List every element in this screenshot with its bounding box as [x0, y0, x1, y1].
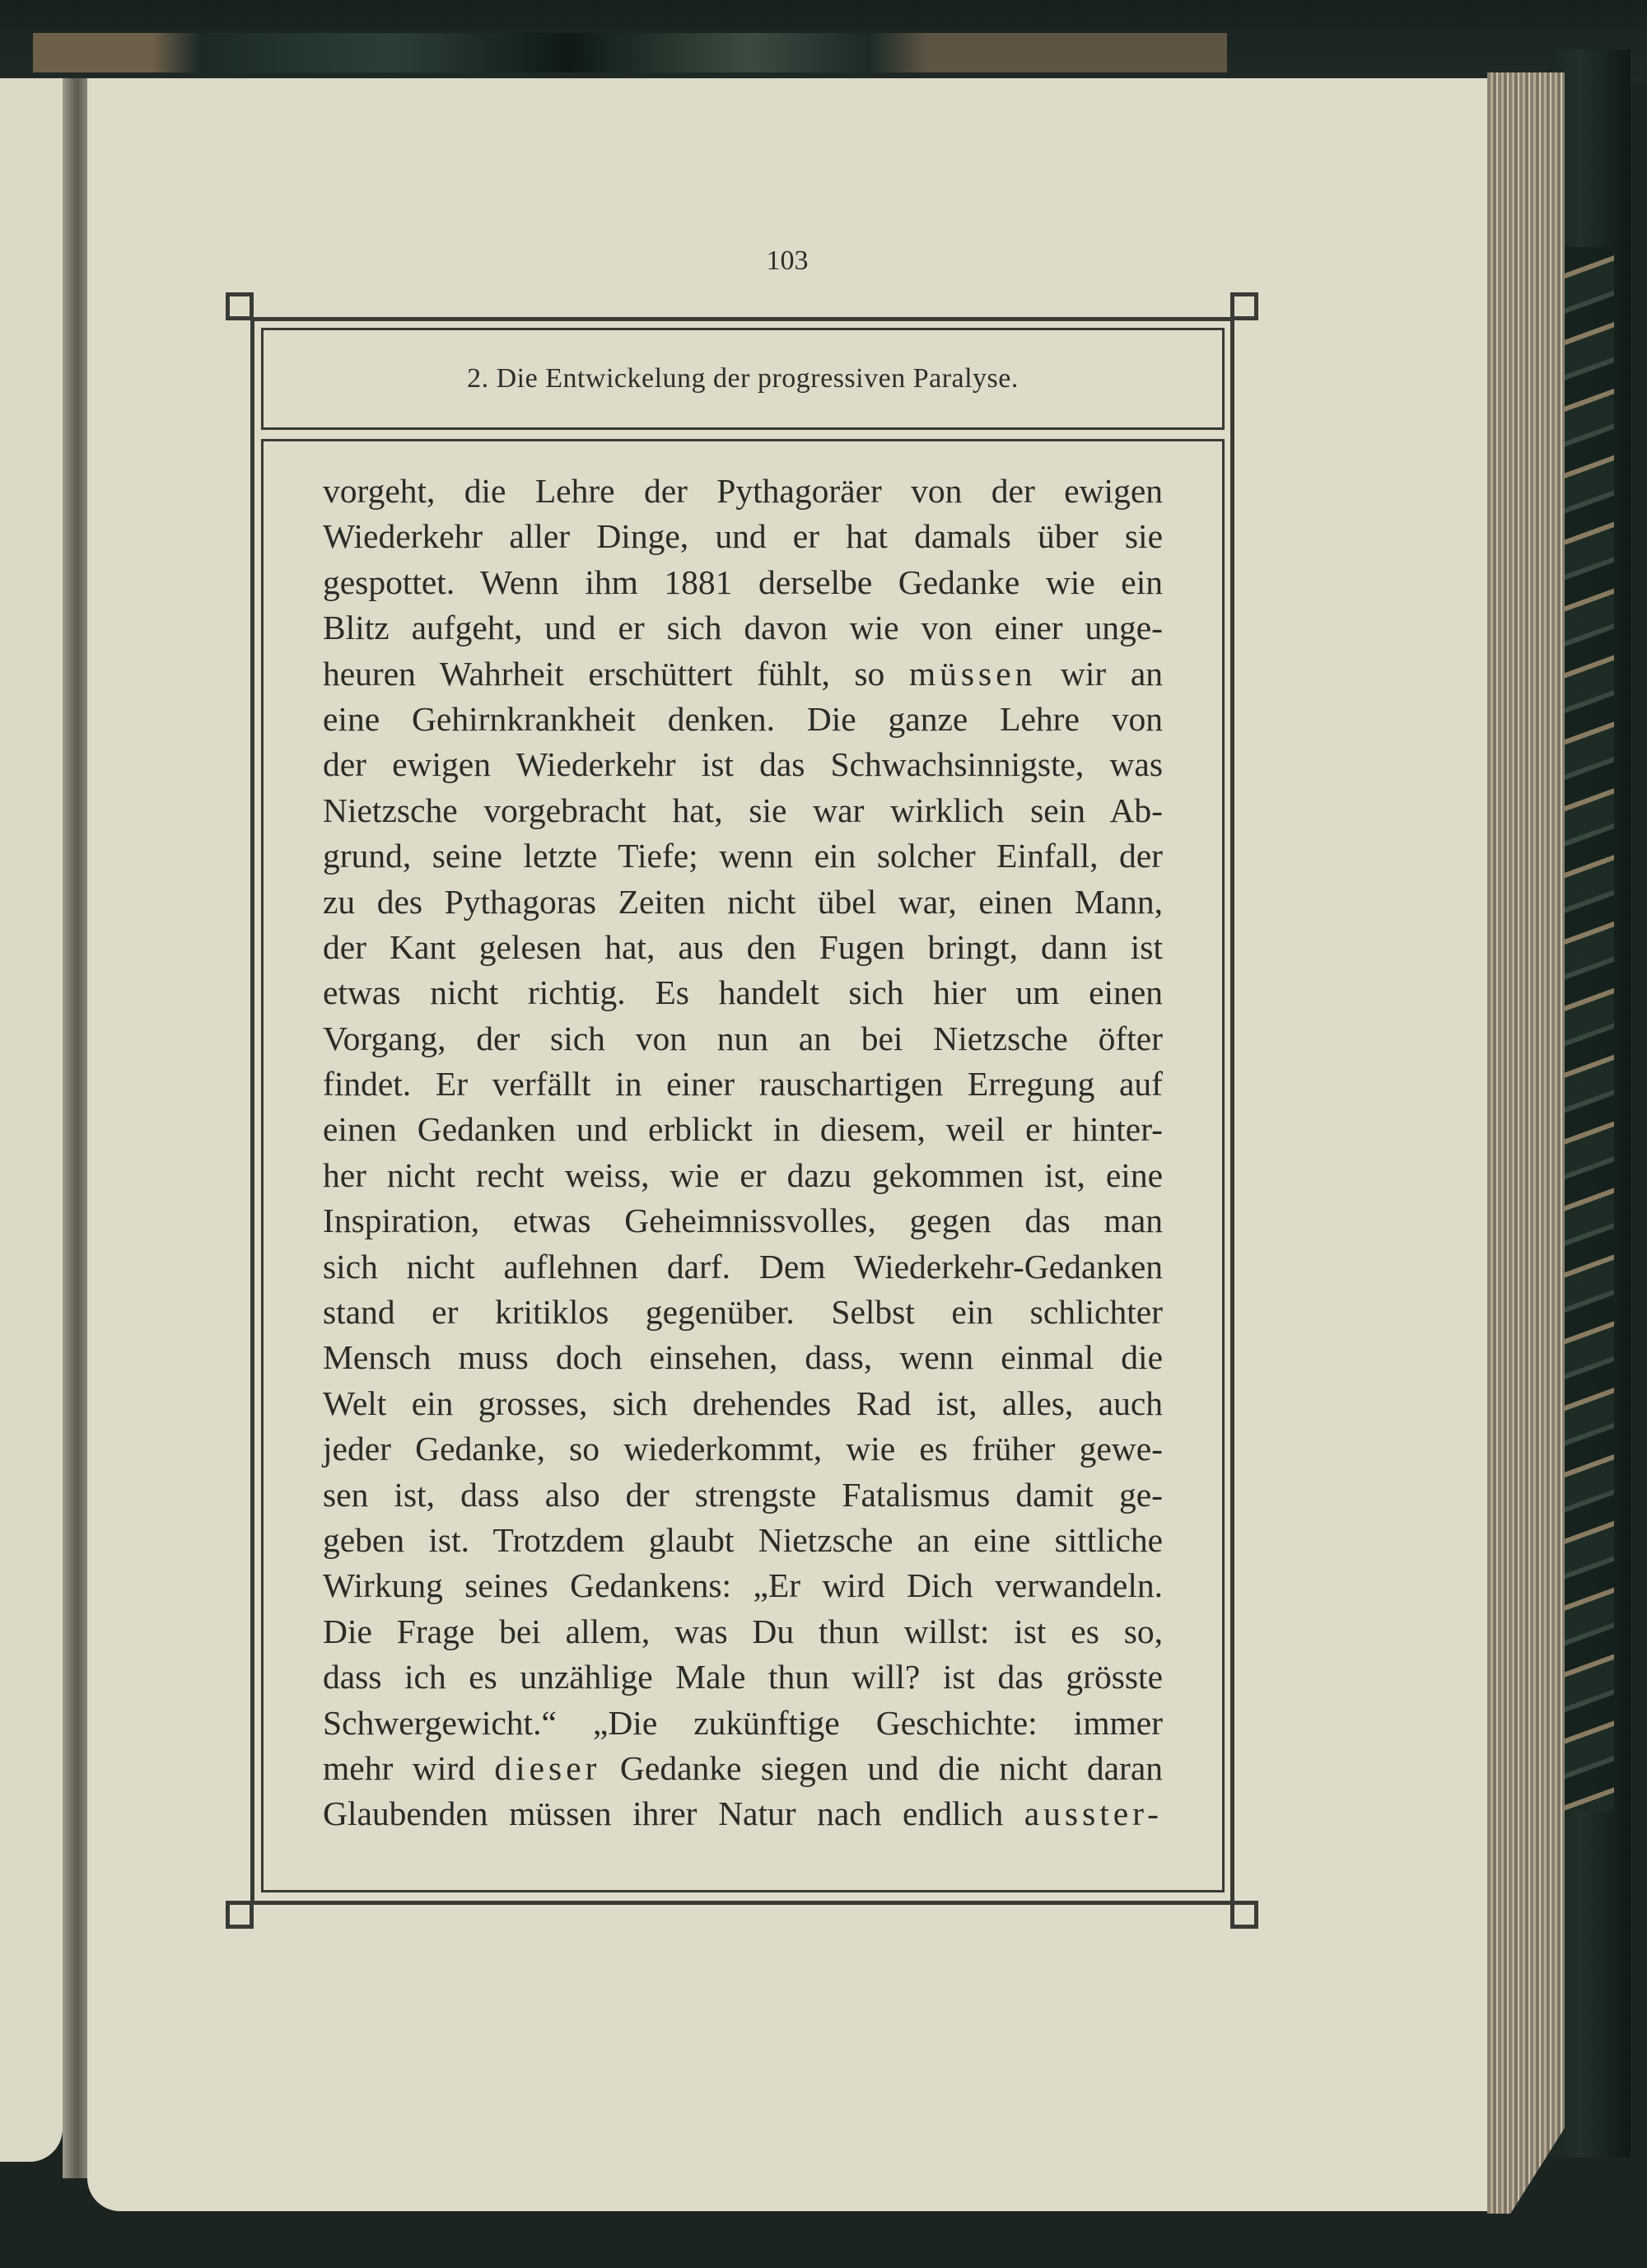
- text-line: zu des Pythagoras Zeiten nicht übel war,…: [323, 880, 1163, 925]
- frame-corner-square-icon: [226, 1901, 254, 1929]
- text-segment: Glaubenden müssen ihrer Natur nach endli…: [323, 1794, 1024, 1832]
- frame-corner-square-icon: [226, 292, 254, 320]
- emphasized-word: dieser: [494, 1749, 600, 1787]
- emphasized-word: ausster-: [1024, 1794, 1163, 1832]
- text-line: her nicht recht weiss, wie er dazu gekom…: [323, 1153, 1163, 1198]
- text-segment: Gedanke siegen und die nicht daran: [600, 1749, 1163, 1787]
- emphasized-word: müssen: [909, 655, 1037, 693]
- running-head-box: 2. Die Entwickelung der progressiven Par…: [261, 328, 1225, 430]
- text-line: Blitz aufgeht, und er sich davon wie von…: [323, 605, 1163, 651]
- text-line: sich nicht auflehnen darf. Dem Wiederkeh…: [323, 1244, 1163, 1290]
- frame-corner-square-icon: [1230, 292, 1258, 320]
- text-line: vorgeht, die Lehre der Pythagoräer von d…: [323, 469, 1163, 514]
- text-line: gespottet. Wenn ihm 1881 derselbe Gedank…: [323, 560, 1163, 605]
- text-line: grund, seine letzte Tiefe; wenn ein solc…: [323, 833, 1163, 879]
- text-line: Schwergewicht.“ „Die zukünftige Geschich…: [323, 1701, 1163, 1746]
- text-line: der ewigen Wiederkehr ist das Schwachsin…: [323, 742, 1163, 787]
- text-line: Die Frage bei allem, was Du thun willst:…: [323, 1609, 1163, 1654]
- body-text-box: vorgeht, die Lehre der Pythagoräer von d…: [261, 439, 1225, 1892]
- book-gutter: [63, 78, 87, 2178]
- left-page: [0, 78, 63, 2162]
- page-edges: [1487, 72, 1565, 2214]
- running-head: 2. Die Entwickelung der progressiven Par…: [467, 363, 1019, 394]
- right-page: 103 2. Die Entwickelung der progressiven…: [87, 78, 1487, 2211]
- text-line: jeder Gedanke, so wiederkommt, wie es fr…: [323, 1426, 1163, 1472]
- text-line: mehr wird dieser Gedanke siegen und die …: [323, 1746, 1163, 1791]
- frame-corner-square-icon: [1230, 1901, 1258, 1929]
- book-spine-band: [33, 33, 1227, 72]
- text-line: findet. Er verfällt in einer rauschartig…: [323, 1062, 1163, 1107]
- text-line: einen Gedanken und erblickt in diesem, w…: [323, 1107, 1163, 1152]
- marbled-cover-pattern: [1565, 247, 1614, 1812]
- text-line: Inspiration, etwas Geheimnissvolles, geg…: [323, 1198, 1163, 1244]
- text-line: heuren Wahrheit erschüttert fühlt, so mü…: [323, 651, 1163, 697]
- text-segment: wir an: [1036, 655, 1163, 693]
- page-number: 103: [87, 245, 1487, 277]
- text-line: Welt ein grosses, sich drehendes Rad ist…: [323, 1381, 1163, 1426]
- body-text: vorgeht, die Lehre der Pythagoräer von d…: [323, 469, 1163, 1837]
- text-line: eine Gehirnkrankheit denken. Die ganze L…: [323, 697, 1163, 742]
- text-line: Wiederkehr aller Dinge, und er hat damal…: [323, 514, 1163, 559]
- text-line: geben ist. Trotzdem glaubt Nietzsche an …: [323, 1518, 1163, 1563]
- text-line: stand er kritiklos gegenüber. Selbst ein…: [323, 1290, 1163, 1335]
- text-line: Nietzsche vorgebracht hat, sie war wirkl…: [323, 788, 1163, 833]
- text-line: etwas nicht richtig. Es handelt sich hie…: [323, 970, 1163, 1015]
- text-line: Wirkung seines Gedankens: „Er wird Dich …: [323, 1563, 1163, 1608]
- text-line: Mensch muss doch einsehen, dass, wenn ei…: [323, 1335, 1163, 1380]
- text-line: sen ist, dass also der strengste Fatalis…: [323, 1472, 1163, 1518]
- text-segment: mehr wird: [323, 1749, 494, 1787]
- text-line: der Kant gelesen hat, aus den Fugen brin…: [323, 925, 1163, 970]
- text-line: dass ich es unzählige Male thun will? is…: [323, 1654, 1163, 1700]
- text-line: Glaubenden müssen ihrer Natur nach endli…: [323, 1791, 1163, 1836]
- text-line: Vorgang, der sich von nun an bei Nietzsc…: [323, 1016, 1163, 1062]
- text-segment: heuren Wahrheit erschüttert fühlt, so: [323, 655, 909, 693]
